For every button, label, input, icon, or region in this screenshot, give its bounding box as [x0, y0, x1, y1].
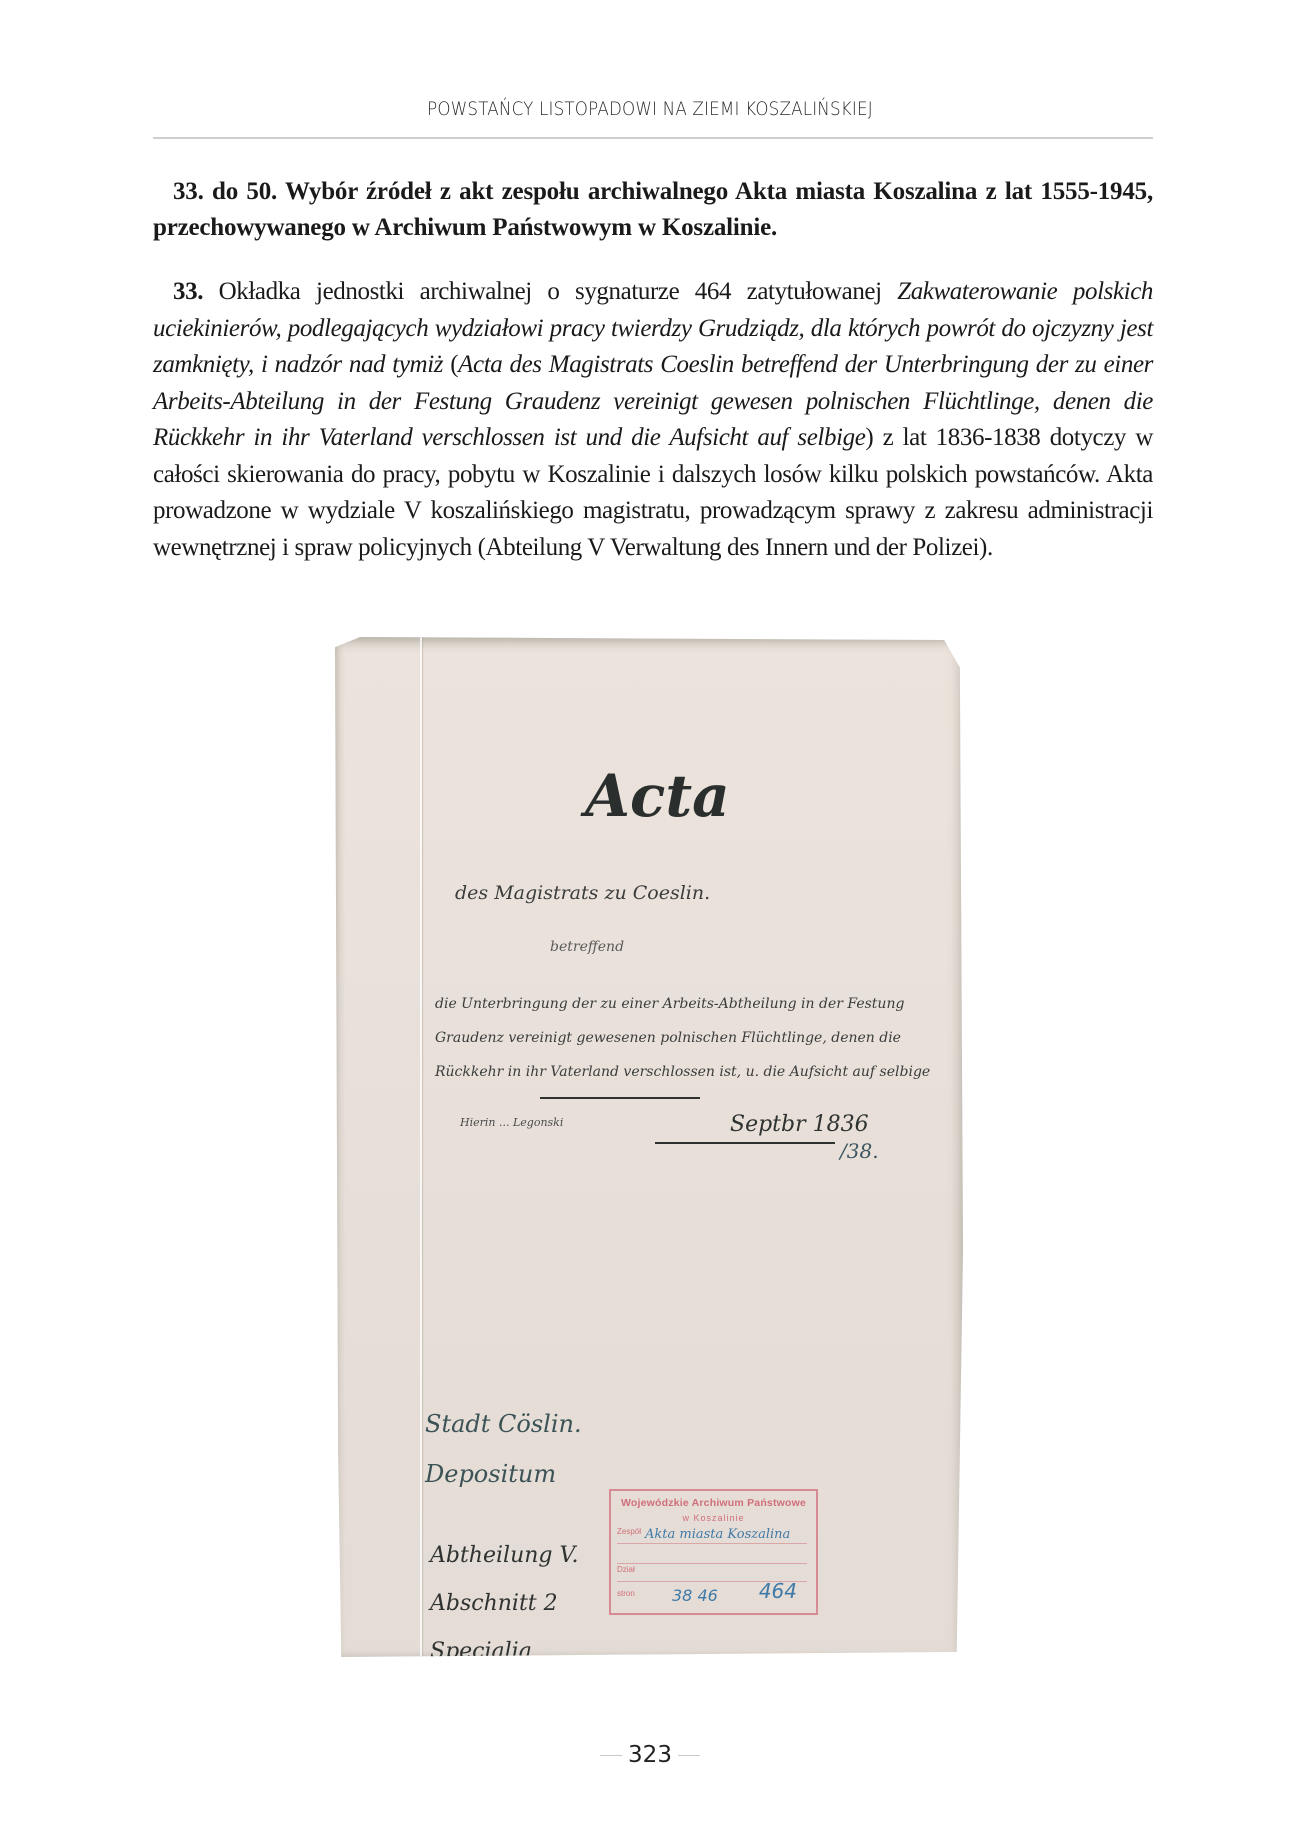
stron-value: 38 46	[672, 1586, 718, 1605]
handwritten-title: Acta	[585, 762, 730, 830]
page-number: 323	[628, 1742, 672, 1768]
city-text: Stadt Cöslin.	[425, 1410, 582, 1438]
stamp-title: Wojewódzkie Archiwum Państwowe	[611, 1497, 816, 1509]
date-rule	[655, 1142, 835, 1144]
handwritten-betreffend: betreffend	[550, 939, 624, 955]
ink-rule	[540, 1097, 700, 1099]
dzial-label: Dział	[617, 1565, 635, 1574]
handwritten-city: Stadt Cöslin.Depositum	[425, 1399, 585, 1499]
stamp-row-blank	[617, 1547, 807, 1564]
stamp-row-zespol: ZespółAkta miasta Koszalina	[617, 1527, 807, 1544]
file-number-text: № 58.	[430, 1687, 493, 1712]
signature-number: 464	[759, 1579, 797, 1603]
depositum-text: Depositum	[425, 1460, 556, 1488]
archival-cover-image: Acta des Magistrats zu Coeslin. betreffe…	[335, 637, 963, 1657]
footer-dash-left	[600, 1755, 622, 1756]
body-paragraph: 33. Okładka jednostki archiwalnej o sygn…	[153, 274, 1153, 566]
abschnitt-text: Abschnitt 2	[430, 1591, 558, 1616]
paragraph-intro: Okładka jednostki archiwalnej o sygnatur…	[203, 278, 897, 305]
specialia-text: Specialia	[430, 1639, 532, 1664]
zespol-value: Akta miasta Koszalina	[645, 1527, 790, 1542]
abteilung-text: Abtheilung V.	[430, 1543, 579, 1568]
handwritten-subtitle: des Magistrats zu Coeslin.	[455, 882, 710, 904]
paragraph-number: 33.	[173, 278, 203, 305]
handwritten-date-suffix: /38.	[840, 1139, 879, 1163]
running-head: POWSTAŃCY LISTOPADOWI NA ZIEMI KOSZALIŃS…	[78, 98, 1222, 120]
footer-dash-right	[678, 1755, 700, 1756]
stamp-row-stron: stron38 46464	[617, 1589, 807, 1605]
stron-label: stron	[617, 1589, 635, 1598]
stamp-location: w Koszalinie	[611, 1513, 816, 1523]
handwritten-date: Septbr 1836	[730, 1112, 869, 1137]
handwritten-classification: Abtheilung V.Abschnitt 2Specialia№ 58.	[430, 1532, 610, 1724]
page-footer: 323	[0, 1742, 1300, 1768]
fold-line	[420, 637, 422, 1657]
section-title: 33. do 50. Wybór źródeł z akt zespołu ar…	[153, 174, 1153, 246]
open-paren: (	[443, 351, 458, 378]
handwritten-note: Hierin ... Legonski	[460, 1112, 640, 1134]
handwritten-body: die Unterbringung der zu einer Arbeits-A…	[435, 987, 935, 1089]
archive-stamp: Wojewódzkie Archiwum Państwowe w Koszali…	[609, 1489, 818, 1615]
header-divider	[153, 137, 1153, 139]
zespol-label: Zespół	[617, 1527, 641, 1536]
